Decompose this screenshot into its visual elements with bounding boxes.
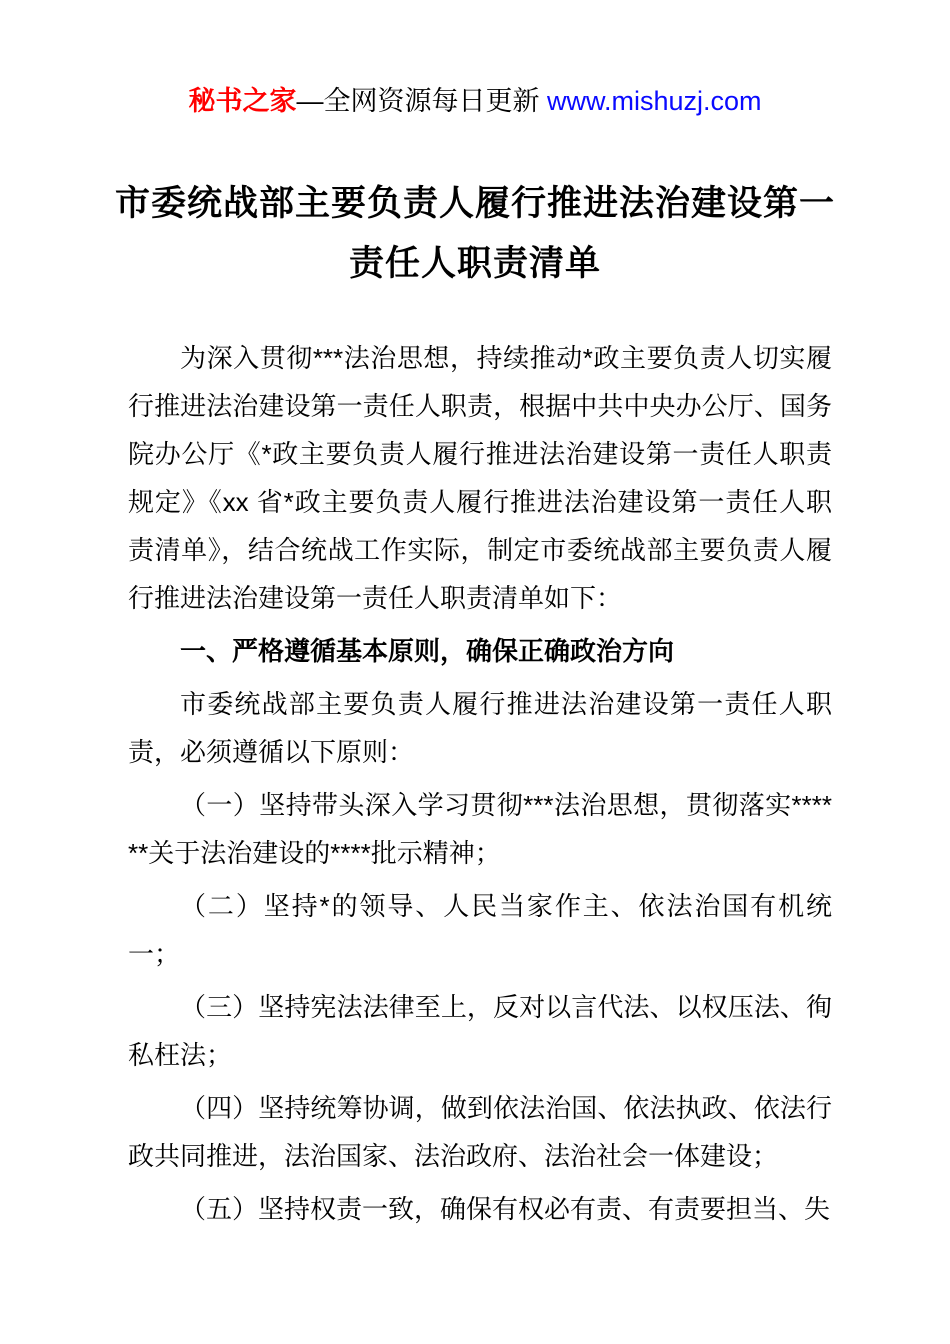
site-tagline: 全网资源每日更新 — [323, 86, 547, 116]
document-page: 秘书之家—全网资源每日更新 www.mishuzj.com 市委统战部主要负责人… — [0, 0, 950, 1344]
paragraph: （一）坚持带头深入学习贯彻***法治思想，贯彻落实******关于法治建设的**… — [128, 781, 832, 877]
paragraph: （三）坚持宪法法律至上，反对以言代法、以权压法、徇私枉法； — [128, 983, 832, 1079]
site-brand: 秘书之家 — [188, 86, 296, 116]
paragraph: 为深入贯彻***法治思想，持续推动*政主要负责人切实履行推进法治建设第一责任人职… — [128, 334, 832, 622]
paragraph: （二）坚持*的领导、人民当家作主、依法治国有机统一； — [128, 882, 832, 978]
site-url-link[interactable]: www.mishuzj.com — [547, 86, 762, 116]
paragraph: （五）坚持权责一致，确保有权必有责、有责要担当、失 — [128, 1185, 832, 1233]
site-header: 秘书之家—全网资源每日更新 www.mishuzj.com — [0, 0, 950, 118]
document-body: 为深入贯彻***法治思想，持续推动*政主要负责人切实履行推进法治建设第一责任人职… — [128, 334, 832, 1233]
document-title: 市委统战部主要负责人履行推进法治建设第一责任人职责清单 — [112, 174, 838, 294]
paragraph: 市委统战部主要负责人履行推进法治建设第一责任人职责，必须遵循以下原则： — [128, 680, 832, 776]
paragraph: （四）坚持统筹协调，做到依法治国、依法执政、依法行政共同推进，法治国家、法治政府… — [128, 1084, 832, 1180]
header-separator: — — [296, 86, 323, 116]
section-heading: 一、严格遵循基本原则，确保正确政治方向 — [128, 627, 832, 675]
